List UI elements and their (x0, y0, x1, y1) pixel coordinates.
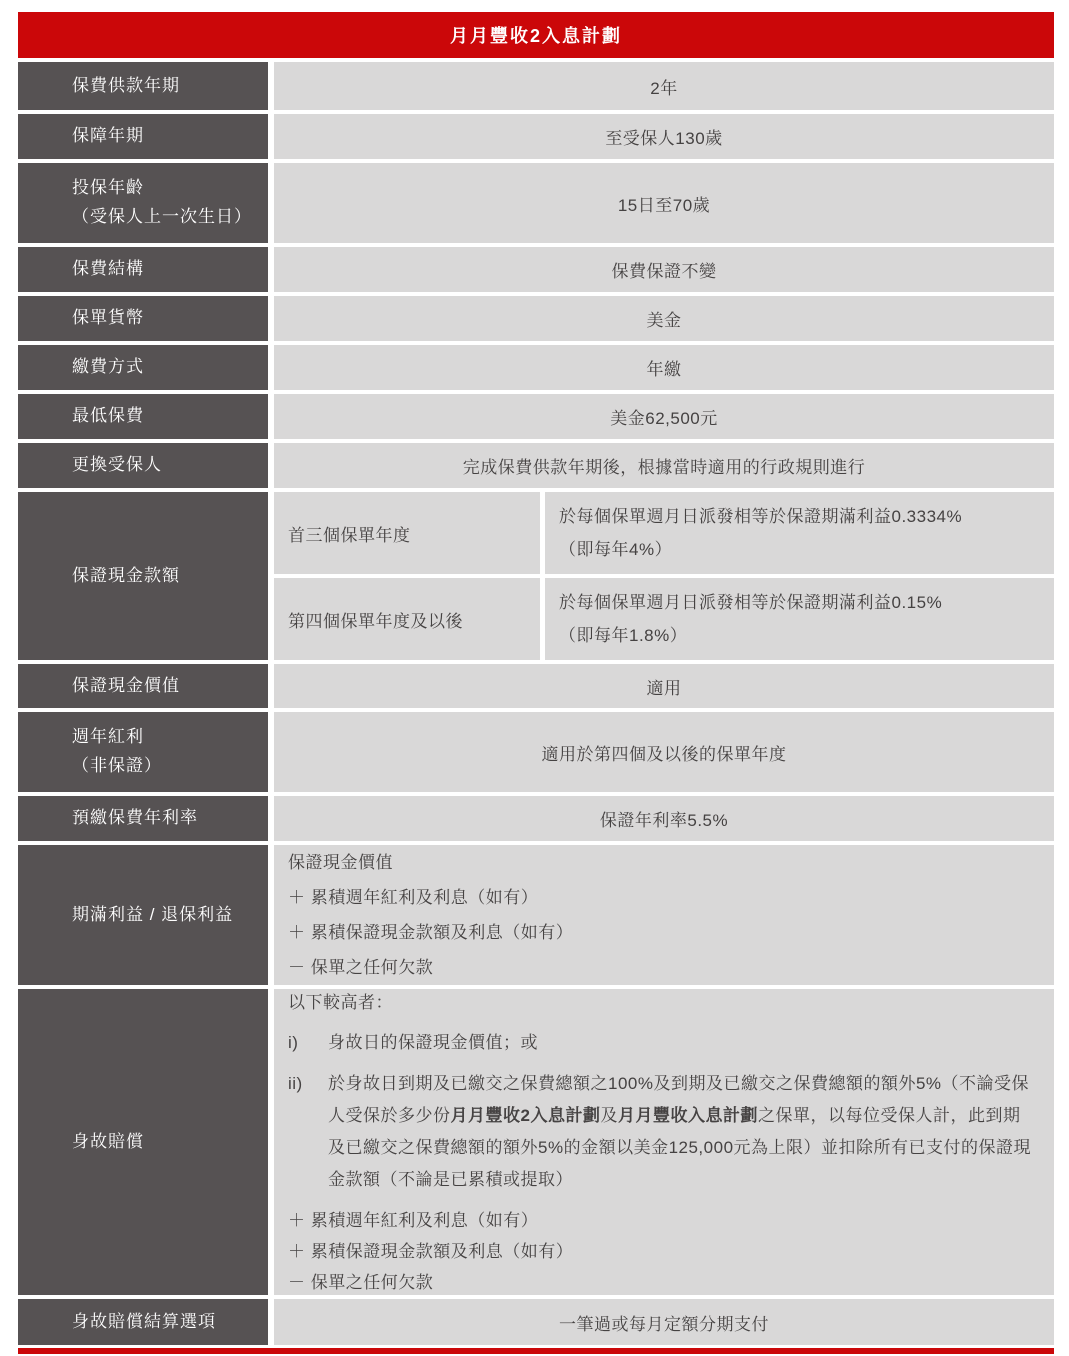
death-benefit-item-ii: ii) 於身故日到期及已繳交之保費總額之100%及到期及已繳交之保費總額的額外5… (288, 1068, 1036, 1196)
row-value: 保證現金價值 ＋ 累積週年紅利及利息（如有） ＋ 累積保證現金款額及利息（如有）… (274, 845, 1054, 985)
row-value: 美金 (274, 296, 1054, 341)
row-value: 15日至70歲 (274, 163, 1054, 243)
row-annual-dividend: 週年紅利 （非保證） 適用於第四個及以後的保單年度 (18, 712, 1054, 792)
row-label: 身故賠償結算選項 (18, 1299, 268, 1345)
death-benefit-adjustments: ＋ 累積週年紅利及利息（如有） ＋ 累積保證現金款額及利息（如有） － 保單之任… (288, 1205, 1036, 1298)
row-label: 保證現金款額 (18, 492, 268, 660)
row-policy-currency: 保單貨幣 美金 (18, 296, 1054, 341)
row-label: 期滿利益 / 退保利益 (18, 845, 268, 985)
death-benefit-item-i: i) 身故日的保證現金價值；或 (288, 1027, 1036, 1059)
row-label: 繳費方式 (18, 345, 268, 390)
row-label: 保障年期 (18, 114, 268, 159)
row-guaranteed-cash-value: 保證現金價值 適用 (18, 664, 1054, 708)
row-value: 至受保人130歲 (274, 114, 1054, 159)
row-label: 保證現金價值 (18, 664, 268, 708)
row-label: 保費供款年期 (18, 62, 268, 110)
row-label: 保單貨幣 (18, 296, 268, 341)
row-benefit-term: 保障年期 至受保人130歲 (18, 114, 1054, 159)
row-value: 一筆過或每月定額分期支付 (274, 1299, 1054, 1345)
subrow-period: 首三個保單年度 (274, 492, 540, 574)
row-payment-mode: 繳費方式 年繳 (18, 345, 1054, 390)
subrow-fourth-year-onwards: 第四個保單年度及以後 於每個保單週月日派發相等於保證期滿利益0.15% （即每年… (274, 578, 1054, 660)
row-label: 最低保費 (18, 394, 268, 439)
row-value: 保費保證不變 (274, 247, 1054, 292)
row-change-of-insured: 更換受保人 完成保費供款年期後，根據當時適用的行政規則進行 (18, 443, 1054, 488)
row-value: 以下較高者： i) 身故日的保證現金價值；或 ii) 於身故日到期及已繳交之保費… (274, 989, 1054, 1295)
subrow-period: 第四個保單年度及以後 (274, 578, 540, 660)
row-guaranteed-cash-payment: 保證現金款額 首三個保單年度 於每個保單週月日派發相等於保證期滿利益0.3334… (18, 492, 1054, 660)
plan-info-table: 月月豐收2入息計劃 保費供款年期 2年 保障年期 至受保人130歲 投保年齡 （… (18, 12, 1054, 1354)
row-premium-payment-term: 保費供款年期 2年 (18, 62, 1054, 110)
subrow-description: 於每個保單週月日派發相等於保證期滿利益0.15% （即每年1.8%） (545, 578, 1054, 660)
row-premium-structure: 保費結構 保費保證不變 (18, 247, 1054, 292)
row-value: 2年 (274, 62, 1054, 110)
row-maturity-surrender-benefit: 期滿利益 / 退保利益 保證現金價值 ＋ 累積週年紅利及利息（如有） ＋ 累積保… (18, 845, 1054, 985)
row-label: 更換受保人 (18, 443, 268, 488)
row-value: 適用於第四個及以後的保單年度 (274, 712, 1054, 792)
row-label: 投保年齡 （受保人上一次生日） (18, 163, 268, 243)
row-death-benefit: 身故賠償 以下較高者： i) 身故日的保證現金價值；或 ii) 於身故日到期及已… (18, 989, 1054, 1295)
row-value: 保證年利率5.5% (274, 796, 1054, 841)
row-value: 適用 (274, 664, 1054, 708)
table-bottom-border (18, 1348, 1054, 1354)
row-value: 年繳 (274, 345, 1054, 390)
row-value: 完成保費供款年期後，根據當時適用的行政規則進行 (274, 443, 1054, 488)
subrow-description: 於每個保單週月日派發相等於保證期滿利益0.3334% （即每年4%） (545, 492, 1054, 574)
row-label: 身故賠償 (18, 989, 268, 1295)
guaranteed-cash-payment-subtable: 首三個保單年度 於每個保單週月日派發相等於保證期滿利益0.3334% （即每年4… (274, 492, 1054, 660)
row-label: 週年紅利 （非保證） (18, 712, 268, 792)
row-value: 美金62,500元 (274, 394, 1054, 439)
table-title: 月月豐收2入息計劃 (18, 12, 1054, 58)
row-issue-age: 投保年齡 （受保人上一次生日） 15日至70歲 (18, 163, 1054, 243)
subrow-first-three-years: 首三個保單年度 於每個保單週月日派發相等於保證期滿利益0.3334% （即每年4… (274, 492, 1054, 574)
row-label: 保費結構 (18, 247, 268, 292)
row-label: 預繳保費年利率 (18, 796, 268, 841)
death-benefit-intro: 以下較高者： (288, 987, 1036, 1018)
row-minimum-premium: 最低保費 美金62,500元 (18, 394, 1054, 439)
row-prepaid-premium-rate: 預繳保費年利率 保證年利率5.5% (18, 796, 1054, 841)
row-death-benefit-settlement: 身故賠償結算選項 一筆過或每月定額分期支付 (18, 1299, 1054, 1345)
